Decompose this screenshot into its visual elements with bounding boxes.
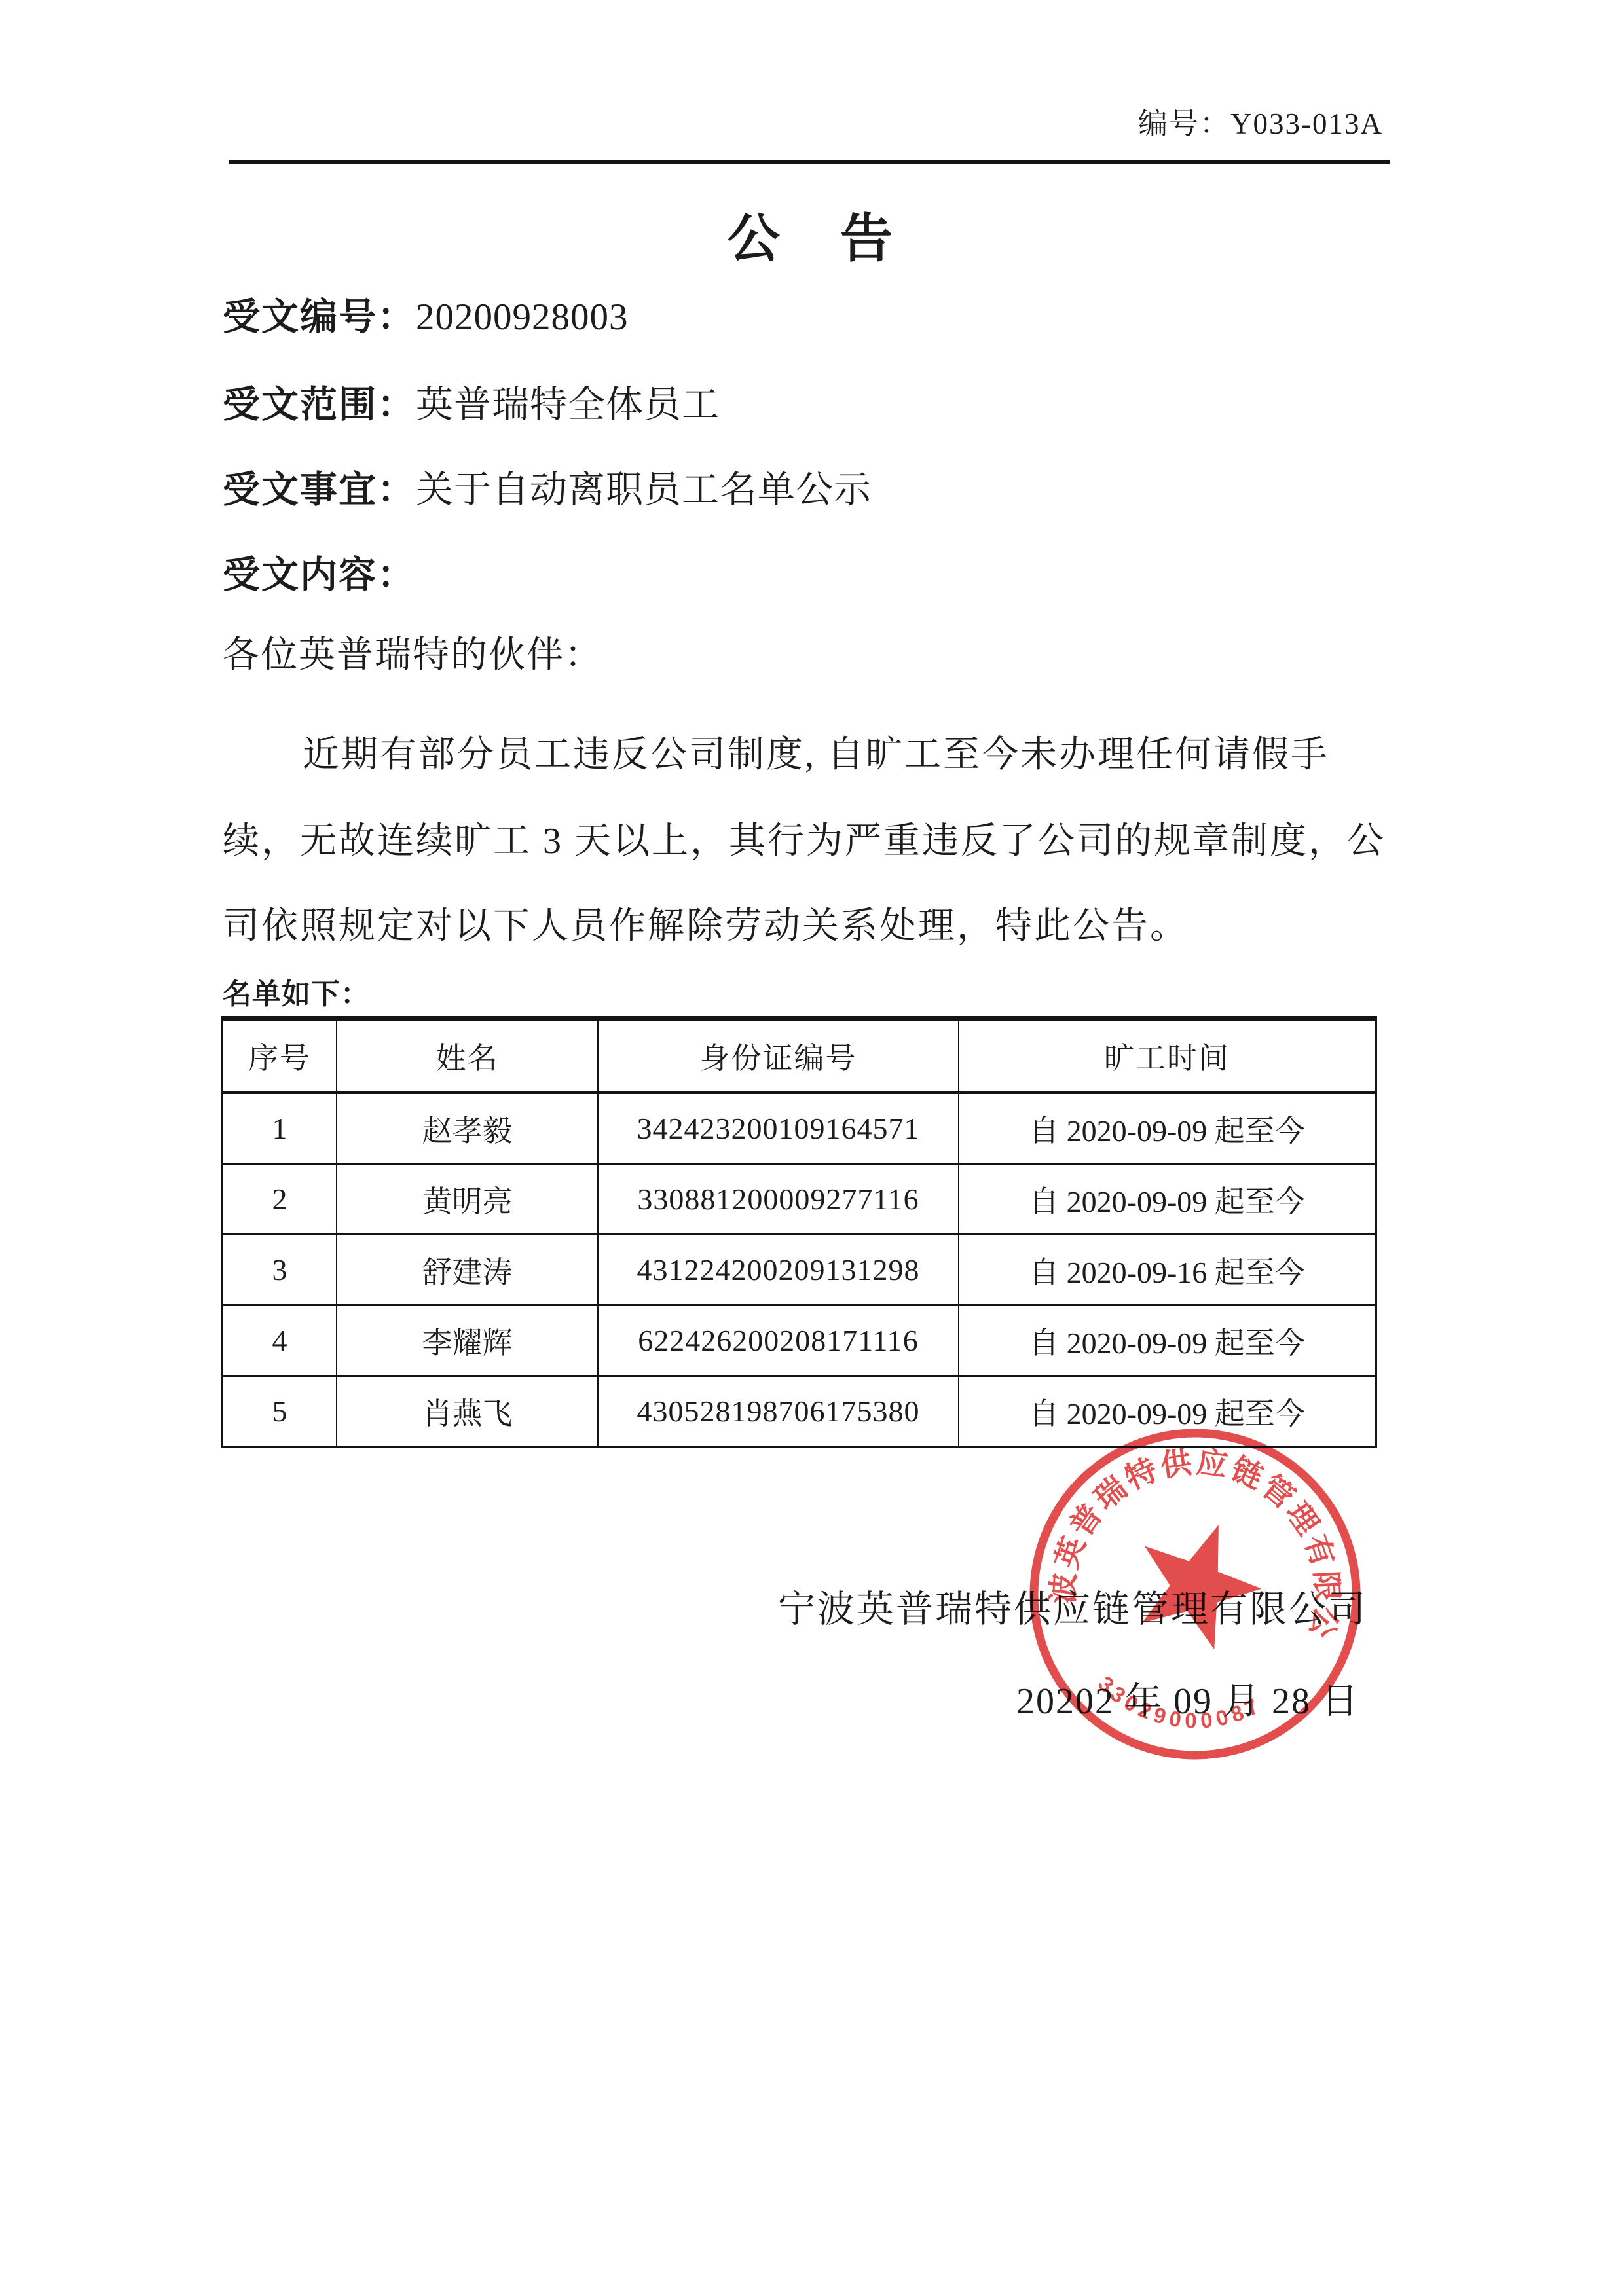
- meta-label-subject: 受文事宜：: [223, 469, 416, 511]
- body-line-3: 司依照规定对以下人员作解除劳动关系处理，特此公告。: [223, 897, 1395, 949]
- table-row: 1 赵孝毅 342423200109164571 自 2020-09-09 起至…: [222, 1093, 1376, 1164]
- cell-seq: 1: [222, 1093, 337, 1164]
- doc-title: 公 告: [0, 196, 1624, 272]
- cell-seq: 2: [222, 1164, 337, 1235]
- cell-absence: 自 2020-09-09 起至今: [959, 1164, 1376, 1235]
- cell-name: 肖燕飞: [337, 1376, 598, 1448]
- meta-line-scope: 受文范围：英普瑞特全体员工: [223, 374, 720, 428]
- meta-label-doc-no: 受文编号：: [223, 297, 416, 338]
- cell-name: 舒建涛: [337, 1235, 598, 1305]
- company-seal: 宁波英普瑞特供应链管理有限公司 33029000087: [1012, 1411, 1378, 1777]
- cell-seq: 5: [222, 1376, 337, 1448]
- table-row: 3 舒建涛 431224200209131298 自 2020-09-16 起至…: [222, 1235, 1376, 1305]
- cell-id: 430528198706175380: [598, 1376, 959, 1448]
- cell-name: 黄明亮: [337, 1164, 598, 1235]
- table-header-row: 序号 姓名 身份证编号 旷工时间: [222, 1019, 1376, 1093]
- table-row: 2 黄明亮 330881200009277116 自 2020-09-09 起至…: [222, 1164, 1376, 1235]
- doc-ref-number: 编号：Y033-013A: [1138, 100, 1383, 142]
- cell-id: 431224200209131298: [598, 1235, 959, 1305]
- cell-absence: 自 2020-09-09 起至今: [959, 1093, 1376, 1164]
- cell-absence: 自 2020-09-09 起至今: [959, 1305, 1376, 1376]
- greeting-line: 各位英普瑞特的伙伴：: [223, 626, 602, 678]
- header-cell-name: 姓名: [337, 1019, 598, 1093]
- cell-seq: 3: [222, 1235, 337, 1305]
- roster-table: 序号 姓名 身份证编号 旷工时间 1 赵孝毅 34242320010916457…: [221, 1016, 1377, 1448]
- meta-line-content: 受文内容：: [223, 545, 416, 598]
- meta-label-scope: 受文范围：: [223, 384, 416, 426]
- cell-absence: 自 2020-09-16 起至今: [959, 1235, 1376, 1305]
- header-cell-id: 身份证编号: [598, 1019, 959, 1093]
- document-page: 编号：Y033-013A 公 告 受文编号：20200928003 受文范围：英…: [0, 0, 1624, 2296]
- cell-name: 赵孝毅: [337, 1093, 598, 1164]
- meta-label-content: 受文内容：: [223, 555, 416, 596]
- cell-id: 622426200208171116: [598, 1305, 959, 1376]
- body-line-1: 近期有部分员工违反公司制度, 自旷工至今未办理任何请假手: [223, 725, 1395, 778]
- table-row: 4 李耀辉 622426200208171116 自 2020-09-09 起至…: [222, 1305, 1376, 1376]
- meta-line-subject: 受文事宜：关于自动离职员工名单公示: [223, 460, 872, 513]
- cell-name: 李耀辉: [337, 1305, 598, 1376]
- header-cell-absence: 旷工时间: [959, 1019, 1376, 1093]
- cell-seq: 4: [222, 1305, 337, 1376]
- header-cell-seq: 序号: [222, 1019, 337, 1093]
- cell-id: 330881200009277116: [598, 1164, 959, 1235]
- cell-id: 342423200109164571: [598, 1093, 959, 1164]
- body-line-2: 续，无故连续旷工 3 天以上，其行为严重违反了公司的规章制度，公: [223, 812, 1395, 864]
- list-intro: 名单如下：: [223, 970, 370, 1012]
- meta-value-scope: 英普瑞特全体员工: [416, 384, 720, 426]
- meta-value-subject: 关于自动离职员工名单公示: [416, 469, 872, 511]
- seal-star-icon: [1120, 1504, 1278, 1658]
- meta-value-doc-no: 20200928003: [416, 297, 629, 338]
- header-rule: [229, 160, 1390, 164]
- meta-line-doc-no: 受文编号：20200928003: [223, 287, 629, 340]
